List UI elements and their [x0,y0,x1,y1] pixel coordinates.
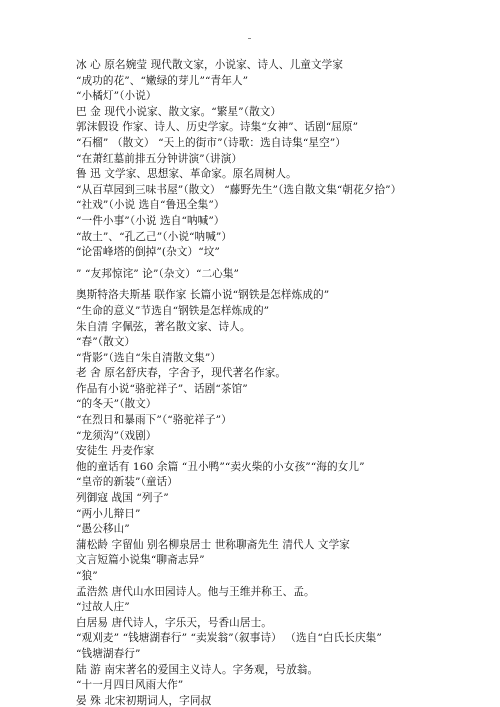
text-line: “皇帝的新装”（童话） [76,475,476,491]
text-line: “的冬天”（散文） [76,397,476,413]
text-line: 安徒生 丹麦作家 [76,444,476,460]
text-line: “成功的花”、“嫩绿的芽儿”“青年人” [76,74,476,90]
text-line: “愚公移山” [76,522,476,538]
text-line: “在萧红墓前排五分钟讲演”（讲演） [76,152,476,168]
text-line: “小橘灯”（小说） [76,89,476,105]
text-line: “从百草园到三味书屋”（散文） “藤野先生”（选自散文集“朝花夕拾”） [76,183,476,199]
text-line: 蒲松龄 字留仙 别名柳泉居士 世称聊斋先生 清代人 文学家 [76,538,476,554]
header-mark [248,38,251,39]
text-line: “钱塘湖春行” [76,647,476,663]
text-line: “十一月四日风雨大作” [76,678,476,694]
text-line: “两小儿辩日” [76,507,476,523]
text-line: 巴 金 现代小说家、散文家。“繁星”（散文） [76,105,476,121]
text-line: 文言短篇小说集“聊斋志异” [76,553,476,569]
text-line: 奥斯特洛夫斯基 联作家 长篇小说“钢铁是怎样炼成的” [76,288,476,304]
text-line: “一件小事”（小说 选自“呐喊”） [76,214,476,230]
text-line: 陆 游 南宋著名的爱国主义诗人。字务观，号放翁。 [76,663,476,679]
footer-mark-left: . [203,662,205,669]
text-line: 孟浩然 唐代山水田园诗人。他与王维并称王、孟。 [76,585,476,601]
text-line: 朱自清 字佩弦，著名散文家、诗人。 [76,320,476,336]
text-line: “生命的意义”节选自“钢铁是怎样炼成的” [76,304,476,320]
text-line: 鲁 迅 文学家、思想家、革命家。原名周树人。 [76,167,476,183]
text-line: “过故人庄” [76,600,476,616]
document-body: 冰 心 原名婉莹 现代散文家，小说家、诗人、儿童文学家 “成功的花”、“嫩绿的芽… [76,58,476,707]
text-line: “春”（散文） [76,335,476,351]
text-line: 白居易 唐代诗人，字乐天，号香山居士。 [76,616,476,632]
text-line: 晏 殊 北宋初期词人，字同叔 [76,694,476,707]
text-line: 列御寇 战国 “列子” [76,491,476,507]
text-line: “故土”、“孔乙己”（小说“呐喊”） [76,230,476,246]
text-line: “在烈日和暴雨下”（“骆驼祥子”） [76,413,476,429]
text-line: 作品有小说“骆驼祥子”、话剧“茶馆” [76,382,476,398]
text-line: 他的童话有 160 余篇 “丑小鸭”“卖火柴的小女孩”“海的女儿” [76,460,476,476]
text-line: “狼” [76,569,476,585]
text-line: 郭沫假设 作家、诗人、历史学家。诗集“女神”、话剧“屈原” [76,120,476,136]
text-line: “论雷峰塔的倒掉”(杂文）“坟” [76,245,476,261]
text-line: 冰 心 原名婉莹 现代散文家，小说家、诗人、儿童文学家 [76,58,476,74]
footer-mark-right: z. [292,662,297,669]
text-line: “背影”（选自“朱自清散文集”） [76,351,476,367]
text-line: 老 舍 原名舒庆春，字舍予，现代著名作家。 [76,366,476,382]
text-line: ” “友邦惊诧” 论”（杂文）“二心集” [76,267,476,283]
text-line: “观刈麦” “钱塘湖春行” “卖炭翁”（叙事诗） （选自“白氏长庆集” [76,631,476,647]
text-line: “社戏”（小说 选自“鲁迅全集”） [76,198,476,214]
text-line: “石榴” （散文） “天上的街市”（诗歌：选自诗集“星空”） [76,136,476,152]
text-line: “龙须沟”（戏剧） [76,429,476,445]
